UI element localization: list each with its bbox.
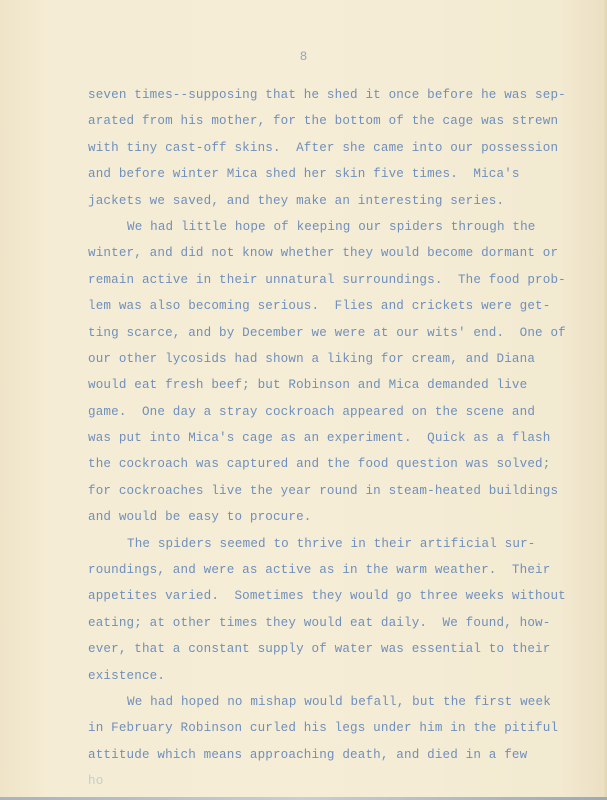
faint-offset-text: ho: [88, 768, 568, 794]
body-text: seven times--supposing that he shed it o…: [88, 82, 568, 795]
page-edge: [602, 0, 607, 797]
text-line: jackets we saved, and they make an inter…: [88, 188, 568, 214]
text-line: and before winter Mica shed her skin fiv…: [88, 161, 568, 187]
text-line: eating; at other times they would eat da…: [88, 610, 568, 636]
paragraph-start-line: We had hoped no mishap would befall, but…: [88, 689, 568, 715]
text-line: winter, and did not know whether they wo…: [88, 240, 568, 266]
text-line: arated from his mother, for the bottom o…: [88, 108, 568, 134]
text-line: with tiny cast-off skins. After she came…: [88, 135, 568, 161]
text-line: appetites varied. Sometimes they would g…: [88, 583, 568, 609]
typewritten-page: 8 seven times--supposing that he shed it…: [0, 0, 607, 797]
text-line: game. One day a stray cockroach appeared…: [88, 399, 568, 425]
text-line: existence.: [88, 663, 568, 689]
text-line: in February Robinson curled his legs und…: [88, 715, 568, 741]
text-line: remain active in their unnatural surroun…: [88, 267, 568, 293]
text-line: would eat fresh beef; but Robinson and M…: [88, 372, 568, 398]
text-line: the cockroach was captured and the food …: [88, 451, 568, 477]
paragraph-start-line: The spiders seemed to thrive in their ar…: [88, 531, 568, 557]
text-line: seven times--supposing that he shed it o…: [88, 82, 568, 108]
text-line: for cockroaches live the year round in s…: [88, 478, 568, 504]
paragraph-start-line: We had little hope of keeping our spider…: [88, 214, 568, 240]
text-line: ever, that a constant supply of water wa…: [88, 636, 568, 662]
text-line: and would be easy to procure.: [88, 504, 568, 530]
text-line: lem was also becoming serious. Flies and…: [88, 293, 568, 319]
text-line: roundings, and were as active as in the …: [88, 557, 568, 583]
text-line: ting scarce, and by December we were at …: [88, 320, 568, 346]
text-line: attitude which means approaching death, …: [88, 742, 568, 768]
text-line: was put into Mica's cage as an experimen…: [88, 425, 568, 451]
page-number: 8: [0, 50, 607, 64]
text-line: our other lycosids had shown a liking fo…: [88, 346, 568, 372]
